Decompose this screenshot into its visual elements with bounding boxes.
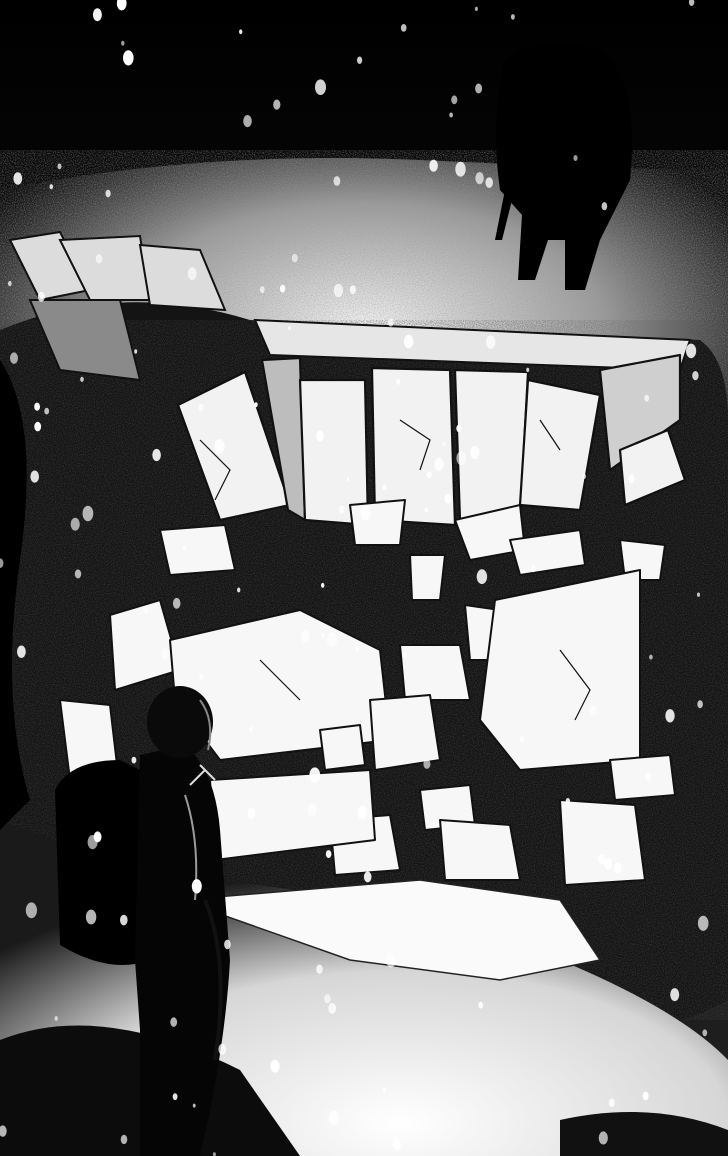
manga-panel	[0, 0, 728, 1156]
traveler-hood	[147, 686, 213, 758]
